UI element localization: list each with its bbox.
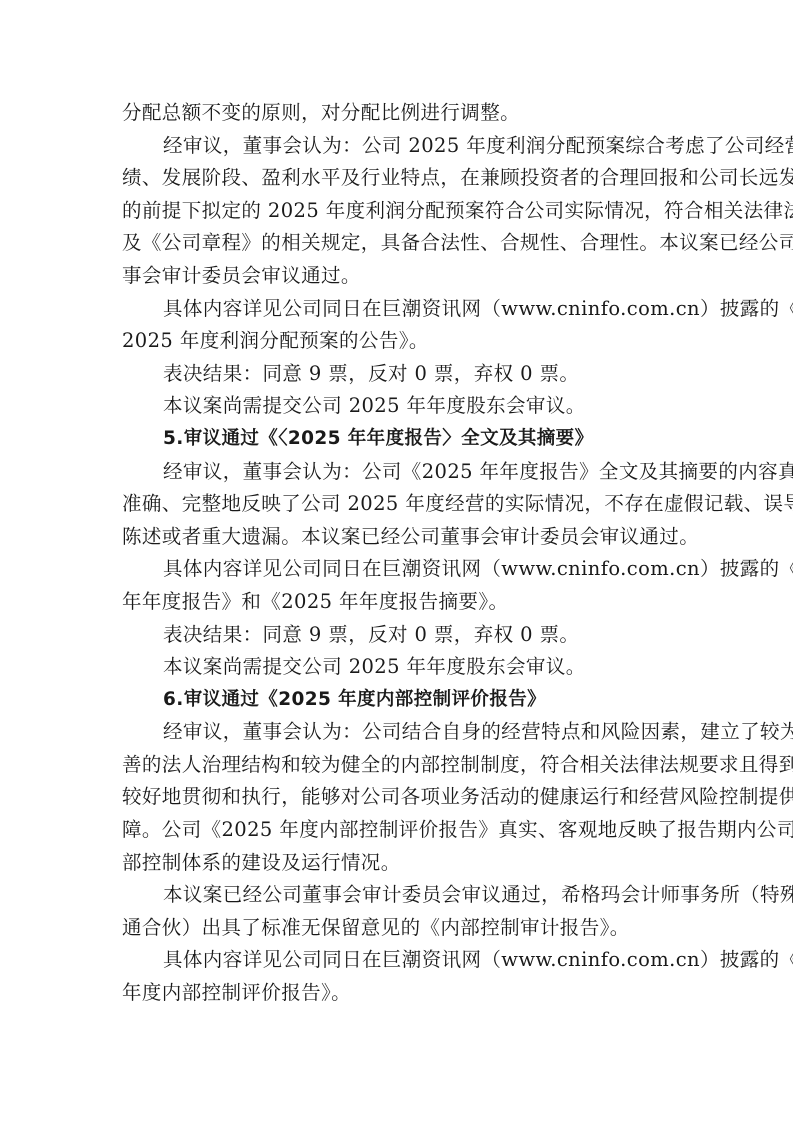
paragraph-annual-review: 经审议，董事会认为：公司《2025 年年度报告》全文及其摘要的内容真实、 准确、… bbox=[122, 456, 674, 554]
text-line: 的前提下拟定的 2025 年度利润分配预案符合公司实际情况，符合相关法律法规 bbox=[122, 195, 674, 228]
text-line: 具体内容详见公司同日在巨潮资讯网（www.cninfo.com.cn）披露的《2… bbox=[122, 944, 674, 977]
text-line: 通合伙）出具了标准无保留意见的《内部控制审计报告》。 bbox=[122, 912, 674, 945]
text-line: 年年度报告》和《2025 年年度报告摘要》。 bbox=[122, 586, 674, 619]
heading-line: 5.审议通过《〈2025 年年度报告〉全文及其摘要》 bbox=[122, 423, 674, 456]
vote-result-line: 表决结果：同意 9 票，反对 0 票，弃权 0 票。 bbox=[122, 358, 674, 391]
text-line: 经审议，董事会认为：公司 2025 年度利润分配预案综合考虑了公司经营业 bbox=[122, 130, 674, 163]
section-heading-item-6: 6.审议通过《2025 年度内部控制评价报告》 bbox=[122, 684, 674, 717]
document-page: 分配总额不变的原则，对分配比例进行调整。 经审议，董事会认为：公司 2025 年… bbox=[122, 97, 674, 1010]
text-line: 事会审计委员会审议通过。 bbox=[122, 260, 674, 293]
paragraph-profit-submit: 本议案尚需提交公司 2025 年年度股东会审议。 bbox=[122, 390, 674, 423]
text-line: 陈述或者重大遗漏。本议案已经公司董事会审计委员会审议通过。 bbox=[122, 521, 674, 554]
text-line: 较好地贯彻和执行，能够对公司各项业务活动的健康运行和经营风险控制提供保 bbox=[122, 781, 674, 814]
text-line: 绩、发展阶段、盈利水平及行业特点，在兼顾投资者的合理回报和公司长远发展 bbox=[122, 162, 674, 195]
section-heading-item-5: 5.审议通过《〈2025 年年度报告〉全文及其摘要》 bbox=[122, 423, 674, 456]
text-line: 本议案尚需提交公司 2025 年年度股东会审议。 bbox=[122, 651, 674, 684]
text-line: 障。公司《2025 年度内部控制评价报告》真实、客观地反映了报告期内公司内 bbox=[122, 814, 674, 847]
vote-result-line: 表决结果：同意 9 票，反对 0 票，弃权 0 票。 bbox=[122, 619, 674, 652]
paragraph-annual-submit: 本议案尚需提交公司 2025 年年度股东会审议。 bbox=[122, 651, 674, 684]
text-line: 2025 年度利润分配预案的公告》。 bbox=[122, 325, 674, 358]
paragraph-continued: 分配总额不变的原则，对分配比例进行调整。 bbox=[122, 97, 674, 130]
text-line: 经审议，董事会认为：公司《2025 年年度报告》全文及其摘要的内容真实、 bbox=[122, 456, 674, 489]
heading-line: 6.审议通过《2025 年度内部控制评价报告》 bbox=[122, 684, 674, 717]
text-line: 及《公司章程》的相关规定，具备合法性、合规性、合理性。本议案已经公司董 bbox=[122, 227, 674, 260]
paragraph-annual-details: 具体内容详见公司同日在巨潮资讯网（www.cninfo.com.cn）披露的《2… bbox=[122, 553, 674, 618]
paragraph-profit-details: 具体内容详见公司同日在巨潮资讯网（www.cninfo.com.cn）披露的《关… bbox=[122, 293, 674, 358]
paragraph-control-details: 具体内容详见公司同日在巨潮资讯网（www.cninfo.com.cn）披露的《2… bbox=[122, 944, 674, 1009]
paragraph-control-audit: 本议案已经公司董事会审计委员会审议通过，希格玛会计师事务所（特殊普 通合伙）出具… bbox=[122, 879, 674, 944]
paragraph-annual-vote: 表决结果：同意 9 票，反对 0 票，弃权 0 票。 bbox=[122, 619, 674, 652]
text-line: 经审议，董事会认为：公司结合自身的经营特点和风险因素，建立了较为完 bbox=[122, 716, 674, 749]
paragraph-control-review: 经审议，董事会认为：公司结合自身的经营特点和风险因素，建立了较为完 善的法人治理… bbox=[122, 716, 674, 879]
paragraph-profit-vote: 表决结果：同意 9 票，反对 0 票，弃权 0 票。 bbox=[122, 358, 674, 391]
text-line: 善的法人治理结构和较为健全的内部控制制度，符合相关法律法规要求且得到了 bbox=[122, 749, 674, 782]
text-line: 具体内容详见公司同日在巨潮资讯网（www.cninfo.com.cn）披露的《2… bbox=[122, 553, 674, 586]
text-line: 年度内部控制评价报告》。 bbox=[122, 977, 674, 1010]
text-line: 本议案尚需提交公司 2025 年年度股东会审议。 bbox=[122, 390, 674, 423]
text-line: 本议案已经公司董事会审计委员会审议通过，希格玛会计师事务所（特殊普 bbox=[122, 879, 674, 912]
text-line: 具体内容详见公司同日在巨潮资讯网（www.cninfo.com.cn）披露的《关… bbox=[122, 293, 674, 326]
text-line: 准确、完整地反映了公司 2025 年度经营的实际情况，不存在虚假记载、误导性 bbox=[122, 488, 674, 521]
text-line: 分配总额不变的原则，对分配比例进行调整。 bbox=[122, 97, 674, 130]
paragraph-profit-review: 经审议，董事会认为：公司 2025 年度利润分配预案综合考虑了公司经营业 绩、发… bbox=[122, 130, 674, 293]
text-line: 部控制体系的建设及运行情况。 bbox=[122, 847, 674, 880]
